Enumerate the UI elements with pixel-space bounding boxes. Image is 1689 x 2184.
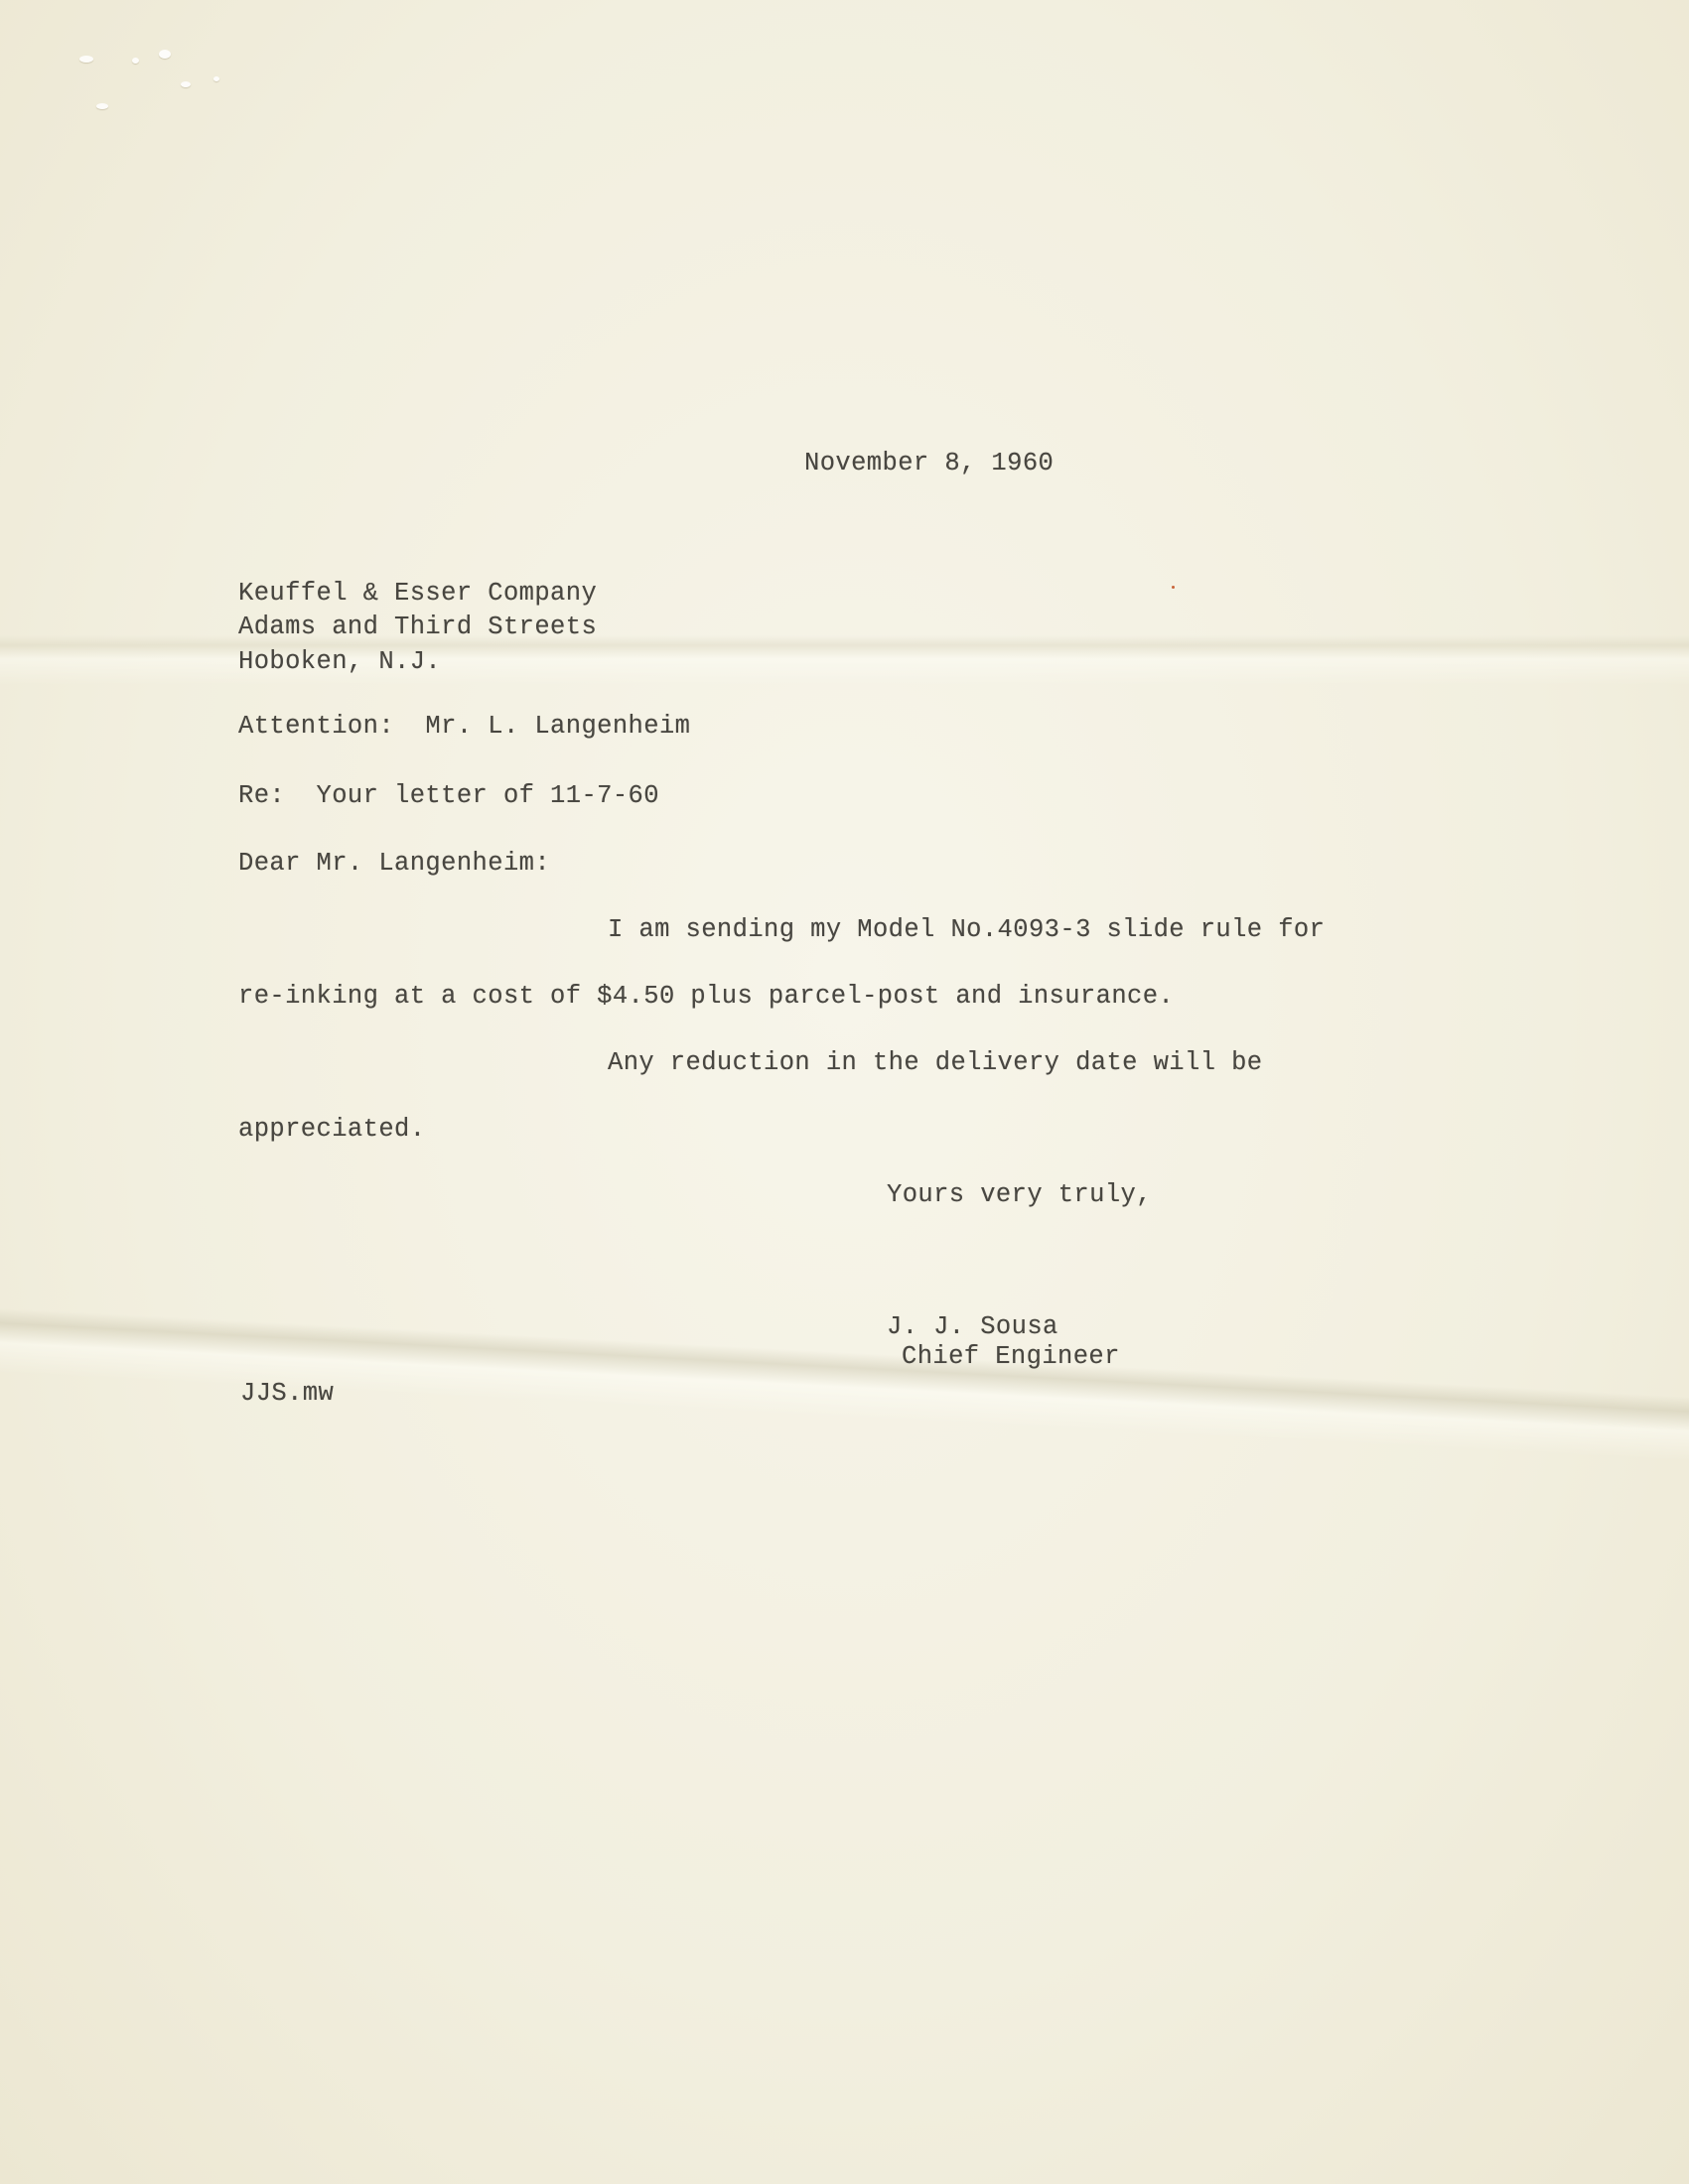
signature-name: J. J. Sousa bbox=[887, 1310, 1058, 1344]
body-paragraph-1-line-2: re-inking at a cost of $4.50 plus parcel… bbox=[238, 980, 1174, 1014]
reference-initials: JJS.mw bbox=[240, 1377, 334, 1411]
reference-line: Re: Your letter of 11-7-60 bbox=[238, 779, 659, 813]
paper-speck bbox=[159, 50, 171, 59]
paper-speck bbox=[213, 76, 219, 81]
letter-page: November 8, 1960 Keuffel & Esser Company… bbox=[0, 0, 1689, 2184]
signature-title: Chief Engineer bbox=[902, 1340, 1120, 1374]
letter-date: November 8, 1960 bbox=[804, 447, 1054, 480]
recipient-city: Hoboken, N.J. bbox=[238, 645, 441, 679]
paper-speck bbox=[79, 56, 93, 63]
salutation: Dear Mr. Langenheim: bbox=[238, 847, 550, 881]
recipient-company: Keuffel & Esser Company bbox=[238, 577, 597, 611]
recipient-street: Adams and Third Streets bbox=[238, 611, 597, 644]
body-paragraph-2-line-2: appreciated. bbox=[238, 1113, 425, 1147]
body-paragraph-2-line-1: Any reduction in the delivery date will … bbox=[608, 1046, 1263, 1080]
paper-speck bbox=[96, 103, 108, 109]
paper-speck bbox=[132, 58, 139, 64]
paper-mark bbox=[1172, 586, 1175, 589]
attention-line: Attention: Mr. L. Langenheim bbox=[238, 710, 690, 744]
closing: Yours very truly, bbox=[887, 1178, 1152, 1212]
body-paragraph-1-line-1: I am sending my Model No.4093-3 slide ru… bbox=[608, 913, 1325, 947]
paper-speck bbox=[181, 81, 191, 87]
